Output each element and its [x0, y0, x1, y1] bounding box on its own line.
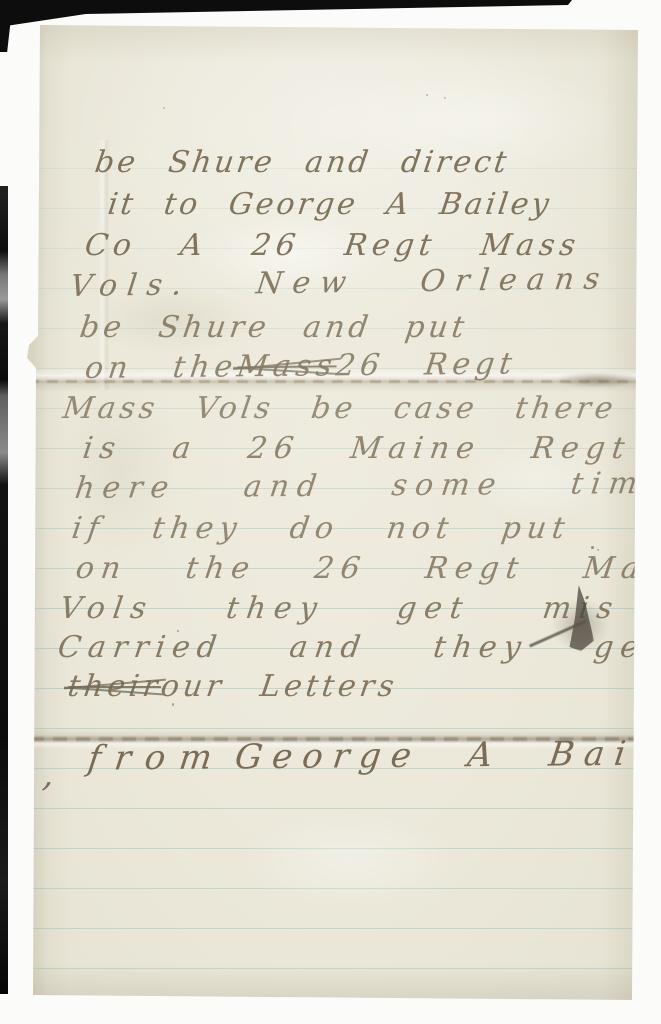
handwriting-line-14: their our Letters	[68, 672, 398, 702]
handwriting-text: here and some times	[73, 469, 661, 504]
handwriting-line-6: on the Mass 26 Regt	[85, 349, 517, 384]
handwriting-text: on the	[83, 352, 239, 384]
handwriting-text: is a 26 Maine Regt	[81, 434, 633, 464]
ink-speck	[444, 97, 446, 99]
handwriting-text: Vols they get mis	[58, 594, 622, 624]
handwriting-text: Co A 26 Regt Mass	[83, 231, 582, 261]
handwriting-text: Vols. New Orleans La	[68, 263, 661, 302]
signature-name: George A Bailey	[233, 736, 661, 774]
struck-word: their	[66, 672, 163, 702]
handwriting-line-10: if they do not put	[72, 514, 570, 544]
handwriting-text: our Letters	[159, 672, 400, 702]
signature-comma: ,	[41, 758, 56, 792]
ink-speck	[597, 549, 599, 551]
fold-crease-upper-shadow	[556, 372, 640, 388]
scanner-backing-edge-left	[0, 186, 8, 994]
ink-speck	[309, 689, 311, 691]
scanner-backing-edge-top	[0, 0, 572, 28]
signature-line: , from George A Bailey	[43, 737, 654, 802]
handwriting-text: on the 26 Regt Mass	[74, 554, 661, 584]
handwriting-line-1: be Shure and direct	[95, 148, 509, 178]
handwriting-line-8: is a 26 Maine Regt	[83, 434, 631, 464]
ink-speck	[591, 546, 594, 549]
ink-speck	[177, 630, 179, 632]
ink-speck	[172, 703, 174, 706]
handwriting-line-3: Co A 26 Regt Mass	[85, 231, 580, 261]
handwriting-line-7: Mass Vols be case there	[63, 394, 617, 424]
handwriting-text: be Shure and put	[78, 313, 470, 343]
handwriting-text: 26 Regt	[335, 349, 519, 381]
struck-word: Mass	[235, 351, 338, 382]
ink-speck	[163, 107, 165, 109]
scan-background: be Shure and direct it to George A Baile…	[0, 0, 661, 1024]
handwriting-text: be Shure and direct	[93, 148, 511, 178]
handwriting-text: it to George A Bailey	[106, 190, 554, 220]
handwriting-line-12: Vols they get mis	[60, 594, 620, 624]
handwriting-line-9: here and some times	[75, 469, 661, 504]
handwriting-line-5: be Shure and put	[80, 313, 468, 343]
signature-from-word: from	[86, 740, 228, 775]
handwriting-line-2: it to George A Bailey	[108, 190, 551, 220]
handwriting-line-11: on the 26 Regt Mass	[76, 554, 661, 584]
letter-paper: be Shure and direct it to George A Baile…	[0, 0, 661, 1024]
handwriting-line-4: Vols. New Orleans La	[70, 263, 661, 302]
handwriting-text: if they do not put	[70, 514, 572, 544]
handwriting-text: Mass Vols be case there	[61, 394, 619, 424]
ink-speck	[426, 94, 428, 96]
scanner-backing-edge-corner	[0, 0, 13, 52]
